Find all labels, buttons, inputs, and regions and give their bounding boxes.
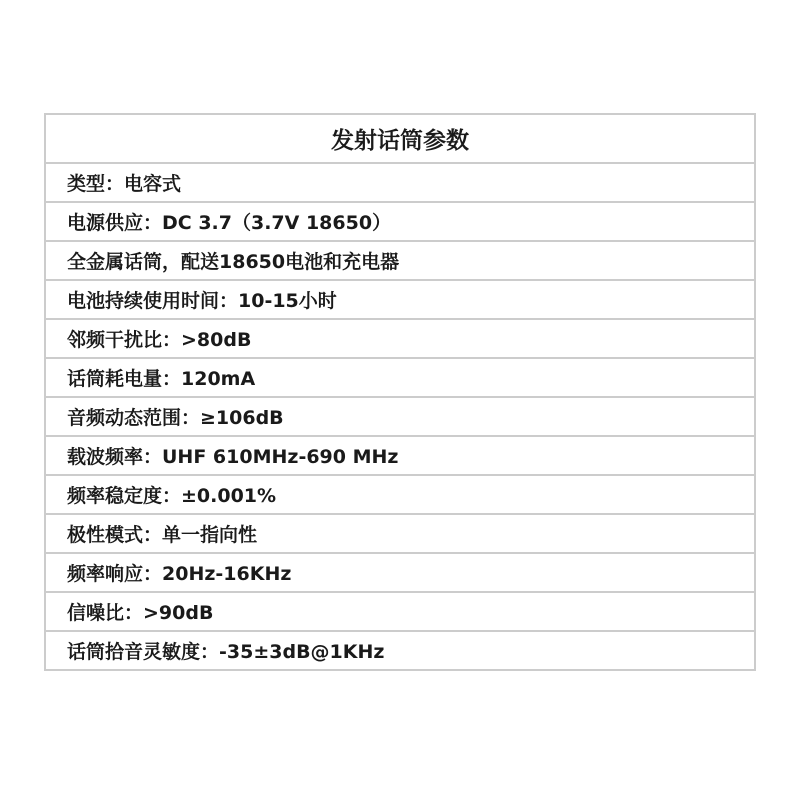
spec-current-draw: 话筒耗电量：120mA: [45, 358, 755, 397]
table-title: 发射话筒参数: [45, 114, 755, 163]
table-row: 全金属话筒，配送18650电池和充电器: [45, 241, 755, 280]
spec-dynamic-range: 音频动态范围：≥106dB: [45, 397, 755, 436]
table-row: 邻频干扰比：>80dB: [45, 319, 755, 358]
table-row: 话筒拾音灵敏度：-35±3dB@1KHz: [45, 631, 755, 670]
table-row: 频率稳定度：±0.001%: [45, 475, 755, 514]
table-header-row: 发射话筒参数: [45, 114, 755, 163]
spec-frequency-response: 频率响应：20Hz-16KHz: [45, 553, 755, 592]
table-row: 类型：电容式: [45, 163, 755, 202]
table-row: 载波频率：UHF 610MHz-690 MHz: [45, 436, 755, 475]
spec-table: 发射话筒参数 类型：电容式 电源供应：DC 3.7（3.7V 18650） 全金…: [44, 113, 756, 671]
spec-polar-pattern: 极性模式：单一指向性: [45, 514, 755, 553]
spec-battery-life: 电池持续使用时间：10-15小时: [45, 280, 755, 319]
table-row: 极性模式：单一指向性: [45, 514, 755, 553]
table-row: 音频动态范围：≥106dB: [45, 397, 755, 436]
spec-type: 类型：电容式: [45, 163, 755, 202]
spec-snr: 信噪比：>90dB: [45, 592, 755, 631]
table-row: 话筒耗电量：120mA: [45, 358, 755, 397]
table-row: 电池持续使用时间：10-15小时: [45, 280, 755, 319]
table-row: 信噪比：>90dB: [45, 592, 755, 631]
spec-frequency-stability: 频率稳定度：±0.001%: [45, 475, 755, 514]
spec-adjacent-channel-rejection: 邻频干扰比：>80dB: [45, 319, 755, 358]
spec-power-supply: 电源供应：DC 3.7（3.7V 18650）: [45, 202, 755, 241]
table-row: 电源供应：DC 3.7（3.7V 18650）: [45, 202, 755, 241]
spec-sensitivity: 话筒拾音灵敏度：-35±3dB@1KHz: [45, 631, 755, 670]
spec-accessories: 全金属话筒，配送18650电池和充电器: [45, 241, 755, 280]
table-row: 频率响应：20Hz-16KHz: [45, 553, 755, 592]
spec-carrier-frequency: 载波频率：UHF 610MHz-690 MHz: [45, 436, 755, 475]
